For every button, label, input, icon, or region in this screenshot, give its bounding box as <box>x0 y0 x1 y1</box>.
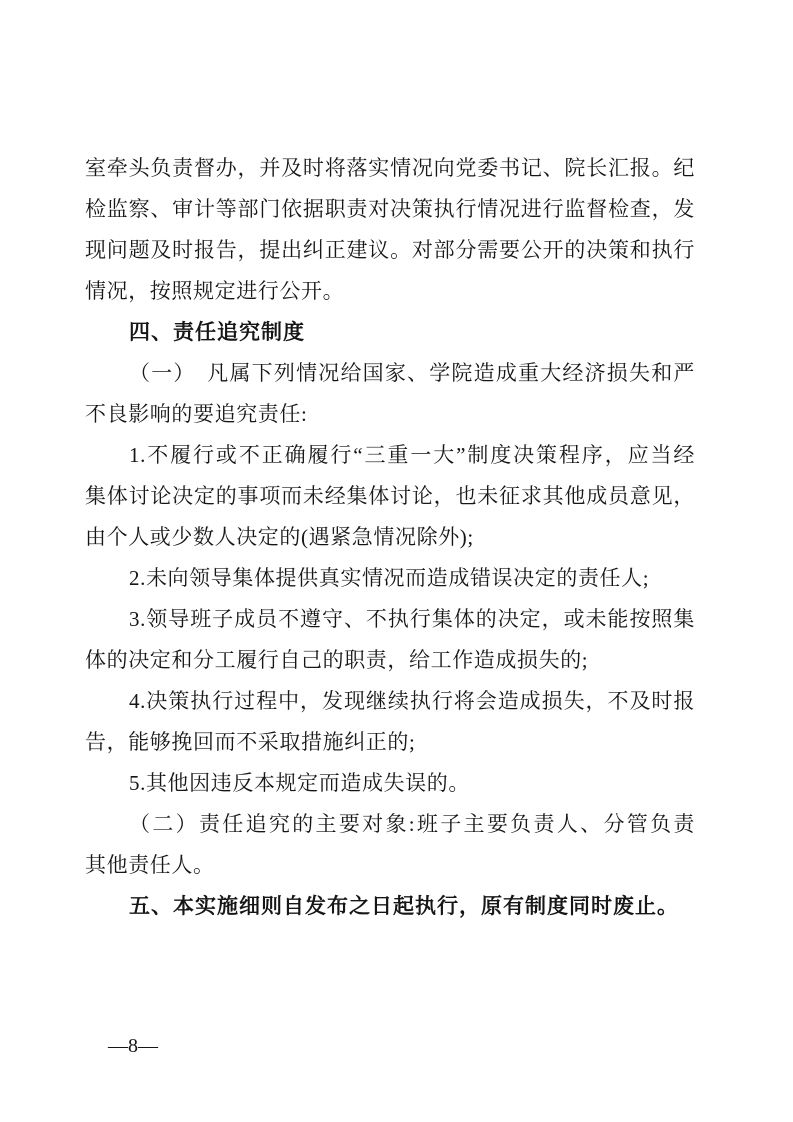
text-line: 不良影响的要追究责任: <box>85 394 695 435</box>
text-line: 2.未向领导集体提供真实情况而造成错误决定的责任人; <box>85 558 695 599</box>
text-line: 集体讨论决定的事项而未经集体讨论，也未征求其他成员意见， <box>85 476 695 517</box>
paragraph: 室牵头负责督办，并及时将落实情况向党委书记、院长汇报。纪检监察、审计等部门依据职… <box>85 148 695 312</box>
text-line: 情况，按照规定进行公开。 <box>85 271 695 312</box>
text-line: 体的决定和分工履行自己的职责，给工作造成损失的; <box>85 640 695 681</box>
page-number: —8— <box>108 1034 158 1058</box>
text-line: 3.领导班子成员不遵守、不执行集体的决定，或未能按照集 <box>85 599 695 640</box>
text-line: 5.其他因违反本规定而造成失误的。 <box>85 763 695 804</box>
text-line: 4.决策执行过程中，发现继续执行将会造成损失，不及时报 <box>85 681 695 722</box>
text-line: 告，能够挽回而不采取措施纠正的; <box>85 722 695 763</box>
text-line: 由个人或少数人决定的(遇紧急情况除外); <box>85 517 695 558</box>
section-heading: 五、本实施细则自发布之日起执行，原有制度同时废止。 <box>85 886 695 927</box>
text-line: 室牵头负责督办，并及时将落实情况向党委书记、院长汇报。纪 <box>85 148 695 189</box>
text-line: 五、本实施细则自发布之日起执行，原有制度同时废止。 <box>85 886 695 927</box>
paragraph: （一） 凡属下列情况给国家、学院造成重大经济损失和严重不良影响的要追究责任: <box>85 353 695 435</box>
paragraph: 1.不履行或不正确履行“三重一大”制度决策程序，应当经集体讨论决定的事项而未经集… <box>85 435 695 558</box>
text-line: 其他责任人。 <box>85 845 695 886</box>
text-line: 1.不履行或不正确履行“三重一大”制度决策程序，应当经 <box>85 435 695 476</box>
text-line: 四、责任追究制度 <box>85 312 695 353</box>
text-line: 检监察、审计等部门依据职责对决策执行情况进行监督检查，发 <box>85 189 695 230</box>
document-body: 室牵头负责督办，并及时将落实情况向党委书记、院长汇报。纪检监察、审计等部门依据职… <box>85 148 695 927</box>
paragraph: 3.领导班子成员不遵守、不执行集体的决定，或未能按照集体的决定和分工履行自己的职… <box>85 599 695 681</box>
text-line: （二）责任追究的主要对象:班子主要负责人、分管负责人、 <box>85 804 695 845</box>
text-line: （一） 凡属下列情况给国家、学院造成重大经济损失和严重 <box>85 353 695 394</box>
paragraph: 2.未向领导集体提供真实情况而造成错误决定的责任人; <box>85 558 695 599</box>
section-heading: 四、责任追究制度 <box>85 312 695 353</box>
text-line: 现问题及时报告，提出纠正建议。对部分需要公开的决策和执行 <box>85 230 695 271</box>
paragraph: 4.决策执行过程中，发现继续执行将会造成损失，不及时报告，能够挽回而不采取措施纠… <box>85 681 695 763</box>
paragraph: 5.其他因违反本规定而造成失误的。 <box>85 763 695 804</box>
paragraph: （二）责任追究的主要对象:班子主要负责人、分管负责人、其他责任人。 <box>85 804 695 886</box>
document-page: 室牵头负责督办，并及时将落实情况向党委书记、院长汇报。纪检监察、审计等部门依据职… <box>0 0 793 1122</box>
